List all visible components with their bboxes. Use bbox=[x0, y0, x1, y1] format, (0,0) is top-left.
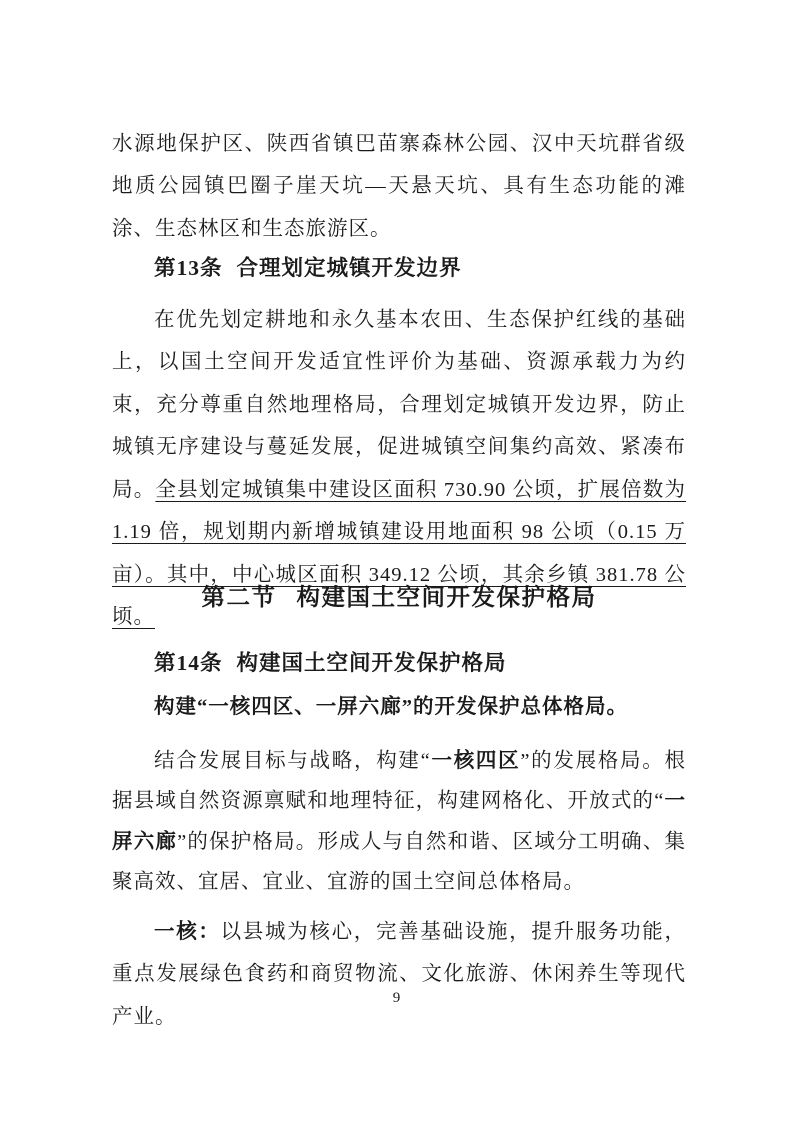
article-13-heading: 第13条合理划定城镇开发边界 bbox=[112, 247, 728, 290]
article-13-title: 合理划定城镇开发边界 bbox=[237, 256, 462, 280]
article-14-title: 构建国土空间开发保护格局 bbox=[237, 651, 507, 675]
section-2-heading: 第二节构建国土空间开发保护格局 bbox=[112, 576, 686, 621]
article-14-body-run-1: 结合发展目标与战略，构建“ bbox=[154, 750, 431, 772]
article-14-number: 第14条 bbox=[154, 651, 223, 675]
article-14-lead: 构建“一核四区、一屏六廊”的开发保护总体格局。 bbox=[112, 686, 686, 729]
section-2-title: 构建国土空间开发保护格局 bbox=[297, 585, 597, 611]
article-14-body-bold-1: 一核四区 bbox=[431, 750, 521, 772]
section-2-number: 第二节 bbox=[202, 585, 277, 611]
document-page: 水源地保护区、陕西省镇巴苗寨森林公园、汉中天坑群省级地质公园镇巴圈子崖天坑—天悬… bbox=[0, 0, 793, 1122]
paragraph-continued: 水源地保护区、陕西省镇巴苗寨森林公园、汉中天坑群省级地质公园镇巴圈子崖天坑—天悬… bbox=[112, 123, 686, 251]
article-13-body-normal: 在优先划定耕地和永久基本农田、生态保护红线的基础上，以国土空间开发适宜性评价为基… bbox=[112, 309, 686, 501]
article-14-heading: 第14条构建国土空间开发保护格局 bbox=[112, 642, 728, 685]
article-14-body: 结合发展目标与战略，构建“一核四区”的发展格局。根据县域自然资源禀赋和地理特征，… bbox=[112, 741, 686, 903]
page-number: 9 bbox=[0, 988, 793, 1008]
article-13-number: 第13条 bbox=[154, 256, 223, 280]
yihe-label: 一核： bbox=[154, 921, 221, 943]
yihe-paragraph: 一核：以县城为核心，完善基础设施，提升服务功能，重点发展绿色食药和商贸物流、文化… bbox=[112, 911, 686, 1039]
article-14-body-run-3: ”的保护格局。形成人与自然和谐、区域分工明确、集聚高效、宜居、宜业、宜游的国土空… bbox=[112, 831, 686, 894]
